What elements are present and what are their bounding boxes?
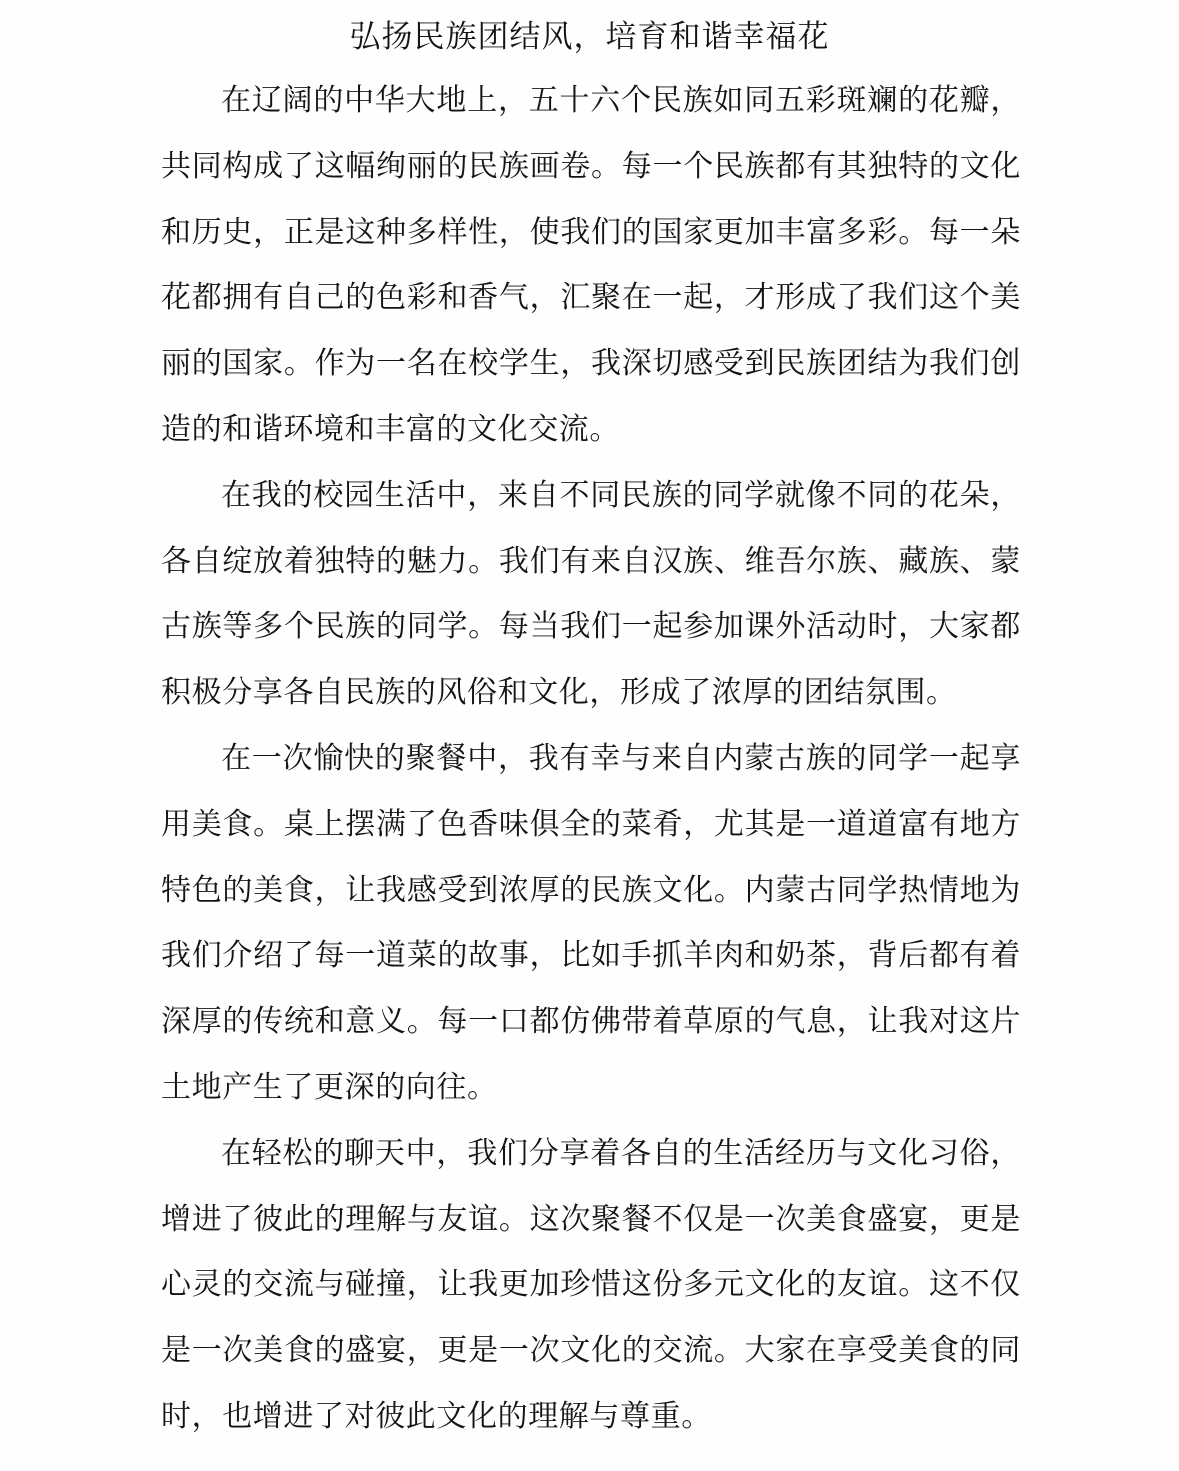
paragraph-4: 在轻松的聊天中，我们分享着各自的生活经历与文化习俗，增进了彼此的理解与友谊。这次… bbox=[161, 1121, 1021, 1450]
document-title: 弘扬民族团结风，培育和谐幸福花 bbox=[0, 8, 1179, 66]
paragraph-3: 在一次愉快的聚餐中，我有幸与来自内蒙古族的同学一起享用美食。桌上摆满了色香味俱全… bbox=[161, 726, 1021, 1121]
paragraph-1: 在辽阔的中华大地上，五十六个民族如同五彩斑斓的花瓣，共同构成了这幅绚丽的民族画卷… bbox=[161, 68, 1021, 463]
document-body: 在辽阔的中华大地上，五十六个民族如同五彩斑斓的花瓣，共同构成了这幅绚丽的民族画卷… bbox=[161, 68, 1021, 1450]
paragraph-2: 在我的校园生活中，来自不同民族的同学就像不同的花朵，各自绽放着独特的魅力。我们有… bbox=[161, 463, 1021, 726]
document-page: 弘扬民族团结风，培育和谐幸福花 在辽阔的中华大地上，五十六个民族如同五彩斑斓的花… bbox=[0, 0, 1179, 1471]
